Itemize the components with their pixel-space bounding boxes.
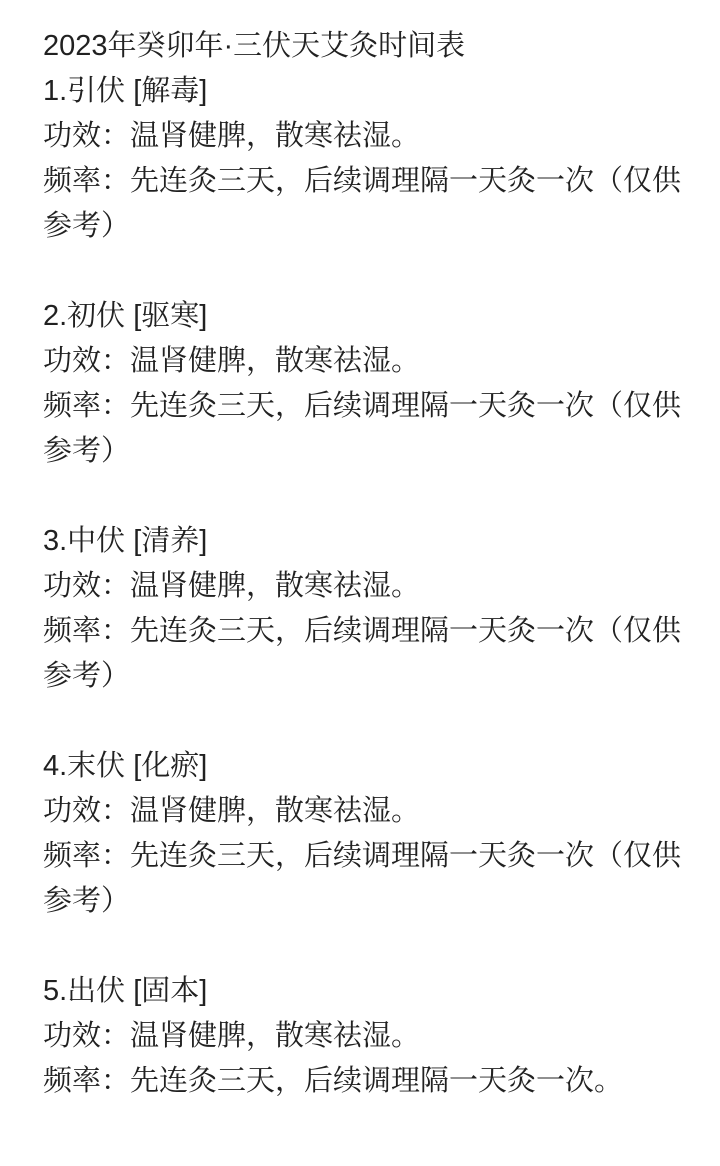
section-zhongfu: 3.中伏 [清养] 功效：温肾健脾，散寒祛湿。 频率：先连灸三天，后续调理隔一天… <box>43 519 690 699</box>
section-chufu: 2.初伏 [驱寒] 功效：温肾健脾，散寒祛湿。 频率：先连灸三天，后续调理隔一天… <box>43 294 690 474</box>
effect-line: 功效：温肾健脾，散寒祛湿。 <box>43 1014 690 1059</box>
frequency-line-continued: 参考） <box>43 654 690 699</box>
frequency-line: 频率：先连灸三天，后续调理隔一天灸一次（仅供 <box>43 159 690 204</box>
frequency-line: 频率：先连灸三天，后续调理隔一天灸一次（仅供 <box>43 834 690 879</box>
section-heading: 5.出伏 [固本] <box>43 969 690 1014</box>
frequency-line: 频率：先连灸三天，后续调理隔一天灸一次。 <box>43 1059 690 1104</box>
document-body: 2023年癸卯年·三伏天艾灸时间表 1.引伏 [解毒] 功效：温肾健脾，散寒祛湿… <box>0 0 720 1104</box>
frequency-line-continued: 参考） <box>43 879 690 924</box>
section-heading: 2.初伏 [驱寒] <box>43 294 690 339</box>
effect-line: 功效：温肾健脾，散寒祛湿。 <box>43 114 690 159</box>
section-yinfu: 1.引伏 [解毒] 功效：温肾健脾，散寒祛湿。 频率：先连灸三天，后续调理隔一天… <box>43 69 690 249</box>
effect-line: 功效：温肾健脾，散寒祛湿。 <box>43 789 690 834</box>
frequency-line: 频率：先连灸三天，后续调理隔一天灸一次（仅供 <box>43 384 690 429</box>
section-heading: 4.末伏 [化瘀] <box>43 744 690 789</box>
frequency-line: 频率：先连灸三天，后续调理隔一天灸一次（仅供 <box>43 609 690 654</box>
section-chufu-exit: 5.出伏 [固本] 功效：温肾健脾，散寒祛湿。 频率：先连灸三天，后续调理隔一天… <box>43 969 690 1104</box>
frequency-line-continued: 参考） <box>43 429 690 474</box>
effect-line: 功效：温肾健脾，散寒祛湿。 <box>43 564 690 609</box>
effect-line: 功效：温肾健脾，散寒祛湿。 <box>43 339 690 384</box>
section-mofu: 4.末伏 [化瘀] 功效：温肾健脾，散寒祛湿。 频率：先连灸三天，后续调理隔一天… <box>43 744 690 924</box>
frequency-line-continued: 参考） <box>43 204 690 249</box>
section-heading: 1.引伏 [解毒] <box>43 69 690 114</box>
page-title: 2023年癸卯年·三伏天艾灸时间表 <box>43 24 690 69</box>
section-heading: 3.中伏 [清养] <box>43 519 690 564</box>
